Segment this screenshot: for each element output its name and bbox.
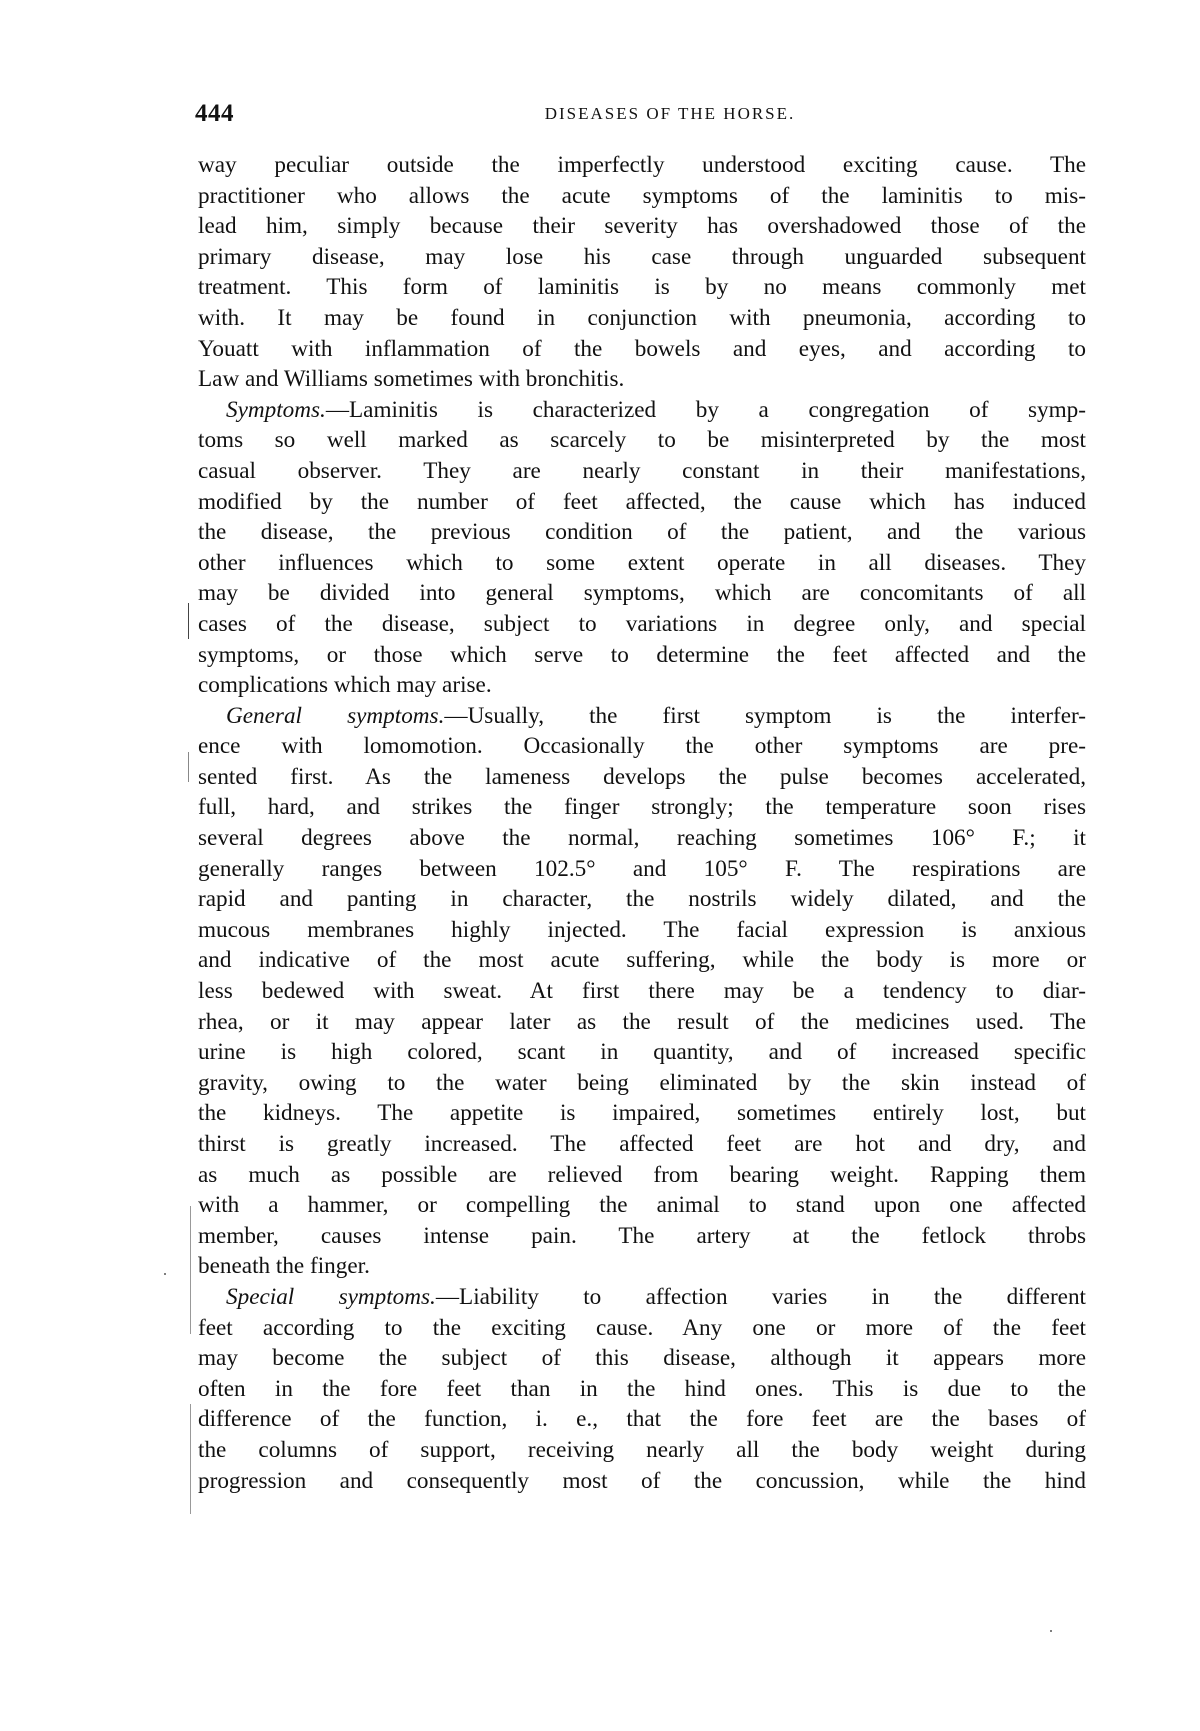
text-line: sented first. As the lameness develops t… — [198, 762, 1086, 793]
text-line: primary disease, may lose his case throu… — [198, 242, 1086, 273]
text-line: as much as possible are relieved from be… — [198, 1160, 1086, 1191]
text-line: may be divided into general symptoms, wh… — [198, 578, 1086, 609]
text-line: Special symptoms.—Liability to affection… — [198, 1282, 1086, 1313]
scan-artifact-line — [190, 1206, 191, 1334]
text-line: gravity, owing to the water being elimin… — [198, 1068, 1086, 1099]
text-line: General symptoms.—Usually, the first sym… — [198, 701, 1086, 732]
text-line: Law and Williams sometimes with bronchit… — [198, 364, 1086, 395]
text-line: with. It may be found in conjunction wit… — [198, 303, 1086, 334]
running-head: DISEASES OF THE HORSE. — [195, 104, 1085, 124]
text-line: way peculiar outside the imperfectly und… — [198, 150, 1086, 181]
scan-artifact-line — [188, 603, 189, 639]
text-line: often in the fore feet than in the hind … — [198, 1374, 1086, 1405]
section-lead-special-symptoms: Special symptoms. — [226, 1284, 436, 1310]
text-line: the kidneys. The appetite is impaired, s… — [198, 1098, 1086, 1129]
text-line: toms so well marked as scarcely to be mi… — [198, 425, 1086, 456]
text-line: generally ranges between 102.5° and 105°… — [198, 854, 1086, 885]
text-line: less bedewed with sweat. At first there … — [198, 976, 1086, 1007]
text-span: —Liability to affection varies in the di… — [436, 1284, 1086, 1310]
text-line: Symptoms.—Laminitis is characterized by … — [198, 395, 1086, 426]
section-lead-general-symptoms: General symptoms. — [226, 703, 444, 729]
paragraph-continuation: way peculiar outside the imperfectly und… — [198, 150, 1086, 395]
text-line: ence with lomomotion. Occasionally the o… — [198, 731, 1086, 762]
text-line: modified by the number of feet affected,… — [198, 487, 1086, 518]
text-line: may become the subject of this disease, … — [198, 1343, 1086, 1374]
scan-artifact-line — [190, 1404, 191, 1514]
book-page: 444 DISEASES OF THE HORSE. way peculiar … — [0, 0, 1200, 1731]
text-line: casual observer. They are nearly constan… — [198, 456, 1086, 487]
section-lead-symptoms: Symptoms. — [226, 397, 326, 423]
text-line: complications which may arise. — [198, 670, 1086, 701]
text-line: several degrees above the normal, reachi… — [198, 823, 1086, 854]
text-line: treatment. This form of laminitis is by … — [198, 272, 1086, 303]
text-span: —Laminitis is characterized by a congreg… — [326, 397, 1086, 423]
scan-artifact-line — [188, 752, 189, 782]
text-line: symptoms, or those which serve to determ… — [198, 640, 1086, 671]
page-header: 444 DISEASES OF THE HORSE. — [195, 100, 1085, 134]
paragraph-general-symptoms: General symptoms.—Usually, the first sym… — [198, 701, 1086, 1282]
text-line: mucous membranes highly injected. The fa… — [198, 915, 1086, 946]
scan-artifact-dot — [1050, 1630, 1052, 1632]
text-line: practitioner who allows the acute sympto… — [198, 181, 1086, 212]
text-line: the columns of support, receiving nearly… — [198, 1435, 1086, 1466]
page-body: way peculiar outside the imperfectly und… — [198, 150, 1086, 1496]
text-line: full, hard, and strikes the finger stron… — [198, 792, 1086, 823]
text-line: other influences which to some extent op… — [198, 548, 1086, 579]
text-line: feet according to the exciting cause. An… — [198, 1313, 1086, 1344]
text-line: member, causes intense pain. The artery … — [198, 1221, 1086, 1252]
text-span: —Usually, the first symptom is the inter… — [444, 703, 1086, 729]
text-line: lead him, simply because their severity … — [198, 211, 1086, 242]
text-line: difference of the function, i. e., that … — [198, 1404, 1086, 1435]
paragraph-symptoms: Symptoms.—Laminitis is characterized by … — [198, 395, 1086, 701]
text-line: thirst is greatly increased. The affecte… — [198, 1129, 1086, 1160]
text-line: and indicative of the most acute sufferi… — [198, 945, 1086, 976]
text-line: progression and consequently most of the… — [198, 1466, 1086, 1497]
text-line: Youatt with inflammation of the bowels a… — [198, 334, 1086, 365]
text-line: cases of the disease, subject to variati… — [198, 609, 1086, 640]
text-line: rapid and panting in character, the nost… — [198, 884, 1086, 915]
paragraph-special-symptoms: Special symptoms.—Liability to affection… — [198, 1282, 1086, 1496]
text-line: rhea, or it may appear later as the resu… — [198, 1007, 1086, 1038]
scan-artifact-dot — [164, 1273, 166, 1275]
text-line: beneath the finger. — [198, 1251, 1086, 1282]
text-line: urine is high colored, scant in quantity… — [198, 1037, 1086, 1068]
text-line: the disease, the previous condition of t… — [198, 517, 1086, 548]
text-line: with a hammer, or compelling the animal … — [198, 1190, 1086, 1221]
